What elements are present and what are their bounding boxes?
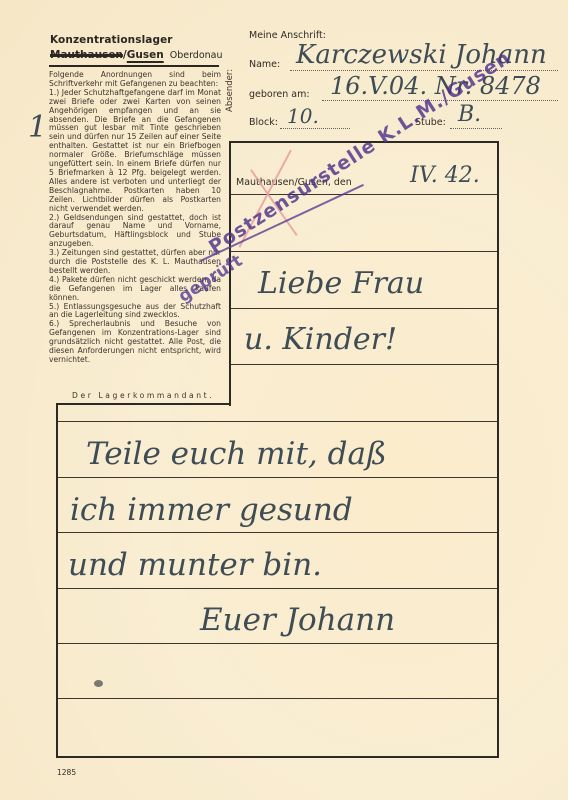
writing-line (58, 698, 497, 699)
rule-item: 6.) Sprecherlaubnis und Besuche von Gefa… (49, 320, 221, 365)
name-label: Name: (249, 59, 280, 70)
rule-item: 1.) Jeder Schutzhaftgefangene darf im Mo… (49, 89, 221, 214)
writing-line (58, 421, 497, 422)
camp-name: Mauthausen/GusenOberdonau (50, 49, 223, 61)
block-label: Block: (249, 117, 278, 128)
room-value: B. (458, 102, 481, 127)
form-number: 1285 (57, 768, 76, 777)
writing-line (58, 643, 497, 644)
camp-title: Konzentrationslager (50, 34, 173, 46)
camp-region: Oberdonau (170, 50, 223, 61)
rule-item: 3.) Zeitungen sind gestattet, dürfen abe… (49, 249, 221, 276)
name-dotted-line (290, 70, 558, 71)
letter-line: Teile euch mit, daß (86, 436, 387, 472)
letter-line: u. Kinder! (244, 322, 397, 357)
writing-line (58, 532, 497, 533)
camp-gusen: Gusen (127, 49, 164, 61)
writing-line (58, 588, 497, 589)
room-dotted-line (450, 128, 502, 129)
rule-item: 2.) Geldsendungen sind gestattet, doch i… (49, 214, 221, 250)
writing-line (231, 251, 497, 252)
letter-line: ich immer gesund (70, 492, 353, 528)
ink-spot (94, 680, 103, 687)
writing-line (231, 308, 497, 309)
camp-struck: Mauthausen (50, 49, 123, 61)
block-dotted-line (280, 128, 350, 129)
sender-vertical-label: Absender: (225, 69, 235, 112)
writing-line (231, 364, 497, 365)
letter-line: Euer Johann (200, 602, 395, 638)
writing-line (231, 194, 497, 195)
block-value: 10. (287, 104, 319, 128)
rules-text: Folgende Anordnungen sind beim Schriftve… (49, 71, 221, 365)
rule-item: 5.) Entlassungsgesuche aus der Schutzhaf… (49, 303, 221, 321)
letter-line: und munter bin. (68, 547, 322, 583)
letter-line: Liebe Frau (258, 266, 424, 301)
rules-intro: Folgende Anordnungen sind beim Schriftve… (49, 71, 221, 89)
commandant-signoff: Der Lagerkommandant. (72, 391, 214, 400)
margin-number: 1 (28, 110, 47, 145)
header-rule (49, 65, 219, 67)
born-label: geboren am: (249, 89, 310, 100)
date-value: IV. 42. (410, 163, 480, 188)
writing-line (58, 477, 497, 478)
